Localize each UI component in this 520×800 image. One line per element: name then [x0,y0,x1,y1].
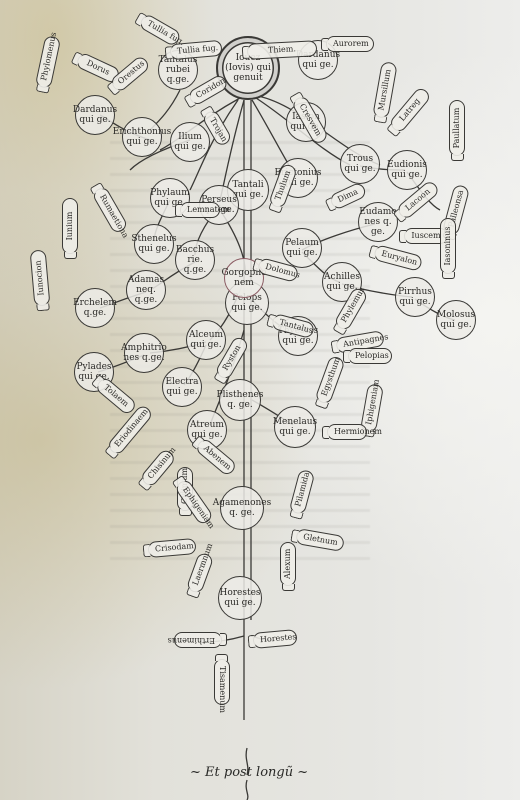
node-label: Erichthonius qui ge. [110,124,175,150]
genealogy-node-menelaus: Menelaus qui ge. [274,406,316,448]
name-label-tube: Iunium [62,198,78,254]
genealogy-node-stheno: Sthenelus qui ge. [134,224,174,264]
genealogy-node-pelaum: Pelaum qui ge. [282,228,322,268]
node-label: Bacchus rie. q.ge. [173,242,217,278]
node-label: Menelaus qui ge. [270,414,320,440]
genealogy-node-agamemnon: Agamenones q. ge. [220,486,264,530]
node-label: Amphitrio nes q.ge. [118,340,170,366]
name-label-tube: Aurorem [326,36,374,52]
genealogy-node-ilium: Ilium qui ge. [170,122,210,162]
genealogy-node-erichthonius: Erichthonius qui ge. [122,117,162,157]
genealogy-node-molosus: Molosus qui ge. [436,300,476,340]
genealogy-node-bacchus: Bacchus rie. q.ge. [175,240,215,280]
name-label-tube: Lemnatem [180,202,220,218]
genealogy-node-pirrhus: Pirrhus qui ge. [395,277,435,317]
node-label: Agamenones q. ge. [210,495,274,521]
caption: ~ Et post longũ ~ [190,765,308,780]
name-label-tube: Alexum [280,542,296,586]
manuscript-page: Iouez (Iovis) qui genuitTantali qui ge.P… [0,0,520,800]
name-label-tube: Hermionem [327,424,367,440]
node-label: Eudamo nes q. ge. [356,204,399,240]
node-label: Electra qui ge. [162,374,201,400]
node-label: Alceum qui ge. [186,327,226,353]
genealogy-node-plisthenes: Plisthenes q. ge. [219,379,261,421]
node-label: Erchelem q.ge. [70,295,120,321]
node-label: Molosus qui ge. [434,307,478,333]
genealogy-node-orestes: Horestes qui ge. [218,576,262,620]
genealogy-node-alceum: Alceum qui ge. [186,320,226,360]
genealogy-node-eudionis: Eudionis qui ge. [387,150,427,190]
genealogy-node-adamas: Adamas neq. q.ge. [126,270,166,310]
name-label-tube: Erthimenus [174,632,222,648]
node-label: Trous qui ge. [341,151,379,177]
node-label: Eudionis qui ge. [384,157,430,183]
name-label-tube: Iasoninus [440,218,456,274]
name-label-tube: Pelopias [348,348,392,364]
node-label: Pirrhus qui ge. [395,284,435,310]
genealogy-node-amphitrion: Amphitrio nes q.ge. [124,333,164,373]
node-label: Pelaum qui ge. [282,235,322,261]
genealogy-node-troum: Trous qui ge. [340,144,380,184]
genealogy-node-erchelem: Erchelem q.ge. [75,288,115,328]
node-label: Horestes qui ge. [216,585,263,611]
genealogy-node-eudamo: Eudamo nes q. ge. [358,202,398,242]
name-label-tube: Paullatum [449,100,465,156]
genealogy-node-electra: Electra qui ge. [162,367,202,407]
node-label: Plisthenes q. ge. [214,387,267,413]
node-label: Adamas neq. q.ge. [125,272,167,308]
name-label-tube: Tisamenum [214,659,230,705]
node-label: Ilium qui ge. [171,129,209,155]
